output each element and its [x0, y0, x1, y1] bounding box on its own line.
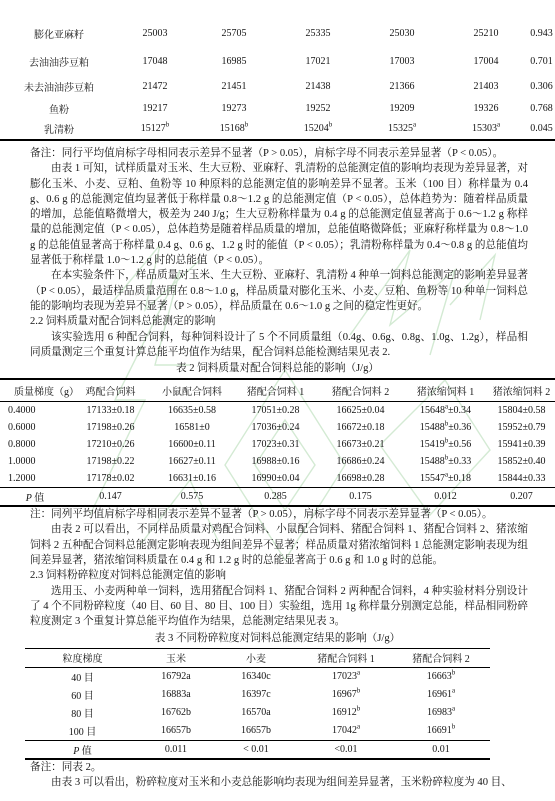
value-cell: 19217 [118, 99, 192, 118]
paragraph-table3-discussion: 由表 3 可以看出，粉碎粒度对玉米和小麦总能影响均表现为组间差异显著，玉米粉碎粒… [30, 775, 528, 790]
paragraph-table2-discussion: 由表 2 可以看出，不同样品质量对鸡配合饲料、小鼠配合饲料、猪配合饲料 1、猪配… [30, 522, 528, 568]
value-cell: 21438 [276, 74, 360, 99]
table-header-row: 质量梯度（g）鸡配合饲料小鼠配合饲料猪配合饲料 1猪配合饲料 2猪浓缩饲料 1猪… [0, 379, 555, 402]
value-cell: 15325a [360, 118, 444, 140]
value-cell: 15204b [276, 118, 360, 140]
value-cell: 0.285 [233, 488, 318, 507]
p-value-row: P 值0.1470.5750.2850.1750.0120.207 [0, 488, 555, 507]
value-cell: 猪浓缩饲料 2 [488, 379, 555, 402]
value-cell: 16762b [140, 704, 212, 722]
value-cell: 0.01 [392, 740, 490, 759]
table2-note: 注：同列平均值肩标字母相同表示差异不显著（P > 0.05），肩标字母不同表示差… [30, 507, 528, 522]
row-label-cell: 粒度梯度 [25, 648, 140, 667]
value-cell: 猪配合饲料 2 [392, 648, 490, 667]
paragraph-section-2-3: 选用玉、小麦两种单一饲料，选用猪配合饲料 1、猪配合饲料 2 两种配合饲料，4 … [30, 584, 528, 630]
table-row: 0.800017210±0.2616600±0.1117023±0.311667… [0, 436, 555, 453]
value-cell: 0.207 [488, 488, 555, 507]
table-1-ingredients-partial: 膨化亚麻籽25003257052533525030252100.943去油油莎豆… [0, 12, 555, 141]
value-cell: 15952±0.79 [488, 419, 555, 436]
value-cell: 小麦 [212, 648, 300, 667]
value-cell: 17210±0.26 [70, 436, 151, 453]
value-cell: 15168b [192, 118, 276, 140]
table-2-feed-quality: 质量梯度（g）鸡配合饲料小鼠配合饲料猪配合饲料 1猪配合饲料 2猪浓缩饲料 1猪… [0, 378, 555, 507]
value-cell: 16990±0.04 [233, 470, 318, 488]
value-cell: 15419b±0.56 [403, 436, 488, 453]
table-row: 80 目16762b16570a16912b16983a [25, 704, 490, 722]
value-cell: 17036±0.24 [233, 419, 318, 436]
row-label-cell: 80 目 [25, 704, 140, 722]
row-label-cell: 100 目 [25, 722, 140, 741]
paragraph-table1-discussion: 由表 1 可知，试样质量对玉米、生大豆粉、亚麻籽、乳清粉的总能测定值的影响均表现… [30, 161, 528, 268]
value-cell: <0.01 [300, 740, 392, 759]
value-cell: 16985 [192, 48, 276, 74]
value-cell: 16340c [212, 667, 300, 686]
table-row: 乳清粉15127b15168b15204b15325a15303a0.045 [0, 118, 555, 140]
table-row: 1.000017198±0.2216627±0.1116988±0.161668… [0, 453, 555, 470]
value-cell: 猪配合饲料 2 [318, 379, 403, 402]
value-cell: 25335 [276, 12, 360, 48]
value-cell: 17021 [276, 48, 360, 74]
row-label-cell: 鱼粉 [0, 99, 118, 118]
table-row: 1.200017178±0.0216631±0.1616990±0.041669… [0, 470, 555, 488]
value-cell: 16631±0.16 [151, 470, 233, 488]
value-cell: 19252 [276, 99, 360, 118]
value-cell: 15852±0.40 [488, 453, 555, 470]
table-3-grind-size: 粒度梯度玉米小麦猪配合饲料 1猪配合饲料 2 40 目16792a16340c1… [25, 648, 490, 760]
value-cell: 小鼠配合饲料 [151, 379, 233, 402]
value-cell: 25705 [192, 12, 276, 48]
value-cell: 0.011 [140, 740, 212, 759]
section-2-3-heading: 2.3 饲料粉碎粒度对饲料总能测定值的影响 [30, 568, 528, 583]
row-label-cell: 1.2000 [0, 470, 70, 488]
value-cell: 玉米 [140, 648, 212, 667]
value-cell: 21451 [192, 74, 276, 99]
value-cell: 0.768 [528, 99, 555, 118]
row-label-cell: 乳清粉 [0, 118, 118, 140]
value-cell: 16983a [392, 704, 490, 722]
value-cell: 16657b [140, 722, 212, 741]
value-cell: 16657b [212, 722, 300, 741]
value-cell: 21472 [118, 74, 192, 99]
row-label-cell: 1.0000 [0, 453, 70, 470]
value-cell: 16961a [392, 686, 490, 704]
value-cell: 17023a [300, 667, 392, 686]
value-cell: 17051±0.28 [233, 402, 318, 420]
value-cell: 16883a [140, 686, 212, 704]
value-cell: 16581±0 [151, 419, 233, 436]
row-label-cell: 膨化亚麻籽 [0, 12, 118, 48]
value-cell: 猪配合饲料 1 [233, 379, 318, 402]
document-page: 膨化亚麻籽25003257052533525030252100.943去油油莎豆… [0, 0, 555, 801]
value-cell: 15941±0.39 [488, 436, 555, 453]
value-cell: 0.575 [151, 488, 233, 507]
value-cell: 17198±0.22 [70, 453, 151, 470]
value-cell: 16686±0.24 [318, 453, 403, 470]
value-cell: 17003 [360, 48, 444, 74]
value-cell: 16967b [300, 686, 392, 704]
value-cell: 16625±0.04 [318, 402, 403, 420]
value-cell: 17133±0.18 [70, 402, 151, 420]
value-cell: 16663b [392, 667, 490, 686]
value-cell: 16792a [140, 667, 212, 686]
table-row: 未去油油莎豆粕21472214512143821366214030.306 [0, 74, 555, 99]
value-cell: 16635±0.58 [151, 402, 233, 420]
value-cell: 17198±0.26 [70, 419, 151, 436]
row-label-cell: 0.6000 [0, 419, 70, 436]
table-row: 60 目16883a16397c16967b16961a [25, 686, 490, 704]
row-label-cell: 质量梯度（g） [0, 379, 70, 402]
value-cell: 15303a [444, 118, 528, 140]
value-cell: 25003 [118, 12, 192, 48]
table-row: 膨化亚麻籽25003257052533525030252100.943 [0, 12, 555, 48]
value-cell: 17042a [300, 722, 392, 741]
table-header-row: 粒度梯度玉米小麦猪配合饲料 1猪配合饲料 2 [25, 648, 490, 667]
table-row: 0.600017198±0.2616581±017036±0.2416672±0… [0, 419, 555, 436]
value-cell: 19209 [360, 99, 444, 118]
table-row: 鱼粉19217192731925219209193260.768 [0, 99, 555, 118]
value-cell: 15844±0.33 [488, 470, 555, 488]
table-2-title: 表 2 饲料质量对配合饲料总能的影响（J/g） [0, 361, 555, 377]
value-cell: 猪浓缩饲料 1 [403, 379, 488, 402]
value-cell: 15488b±0.36 [403, 419, 488, 436]
value-cell: < 0.01 [212, 740, 300, 759]
value-cell: 16600±0.11 [151, 436, 233, 453]
table-row: 去油油莎豆粕17048169851702117003170040.701 [0, 48, 555, 74]
value-cell: 16698±0.28 [318, 470, 403, 488]
value-cell: 19273 [192, 99, 276, 118]
value-cell: 25210 [444, 12, 528, 48]
value-cell: 17178±0.02 [70, 470, 151, 488]
value-cell: 21403 [444, 74, 528, 99]
row-label-cell: 未去油油莎豆粕 [0, 74, 118, 99]
value-cell: 16570a [212, 704, 300, 722]
value-cell: 17004 [444, 48, 528, 74]
value-cell: 16691b [392, 722, 490, 741]
table-row: 40 目16792a16340c17023a16663b [25, 667, 490, 686]
value-cell: 鸡配合饲料 [70, 379, 151, 402]
value-cell: 15648a±0.34 [403, 402, 488, 420]
value-cell: 16627±0.11 [151, 453, 233, 470]
table1-note: 备注：同行平均值肩标字母相同表示差异不显著（P > 0.05），肩标字母不同表示… [30, 146, 528, 161]
value-cell: 16672±0.18 [318, 419, 403, 436]
value-cell: 0.175 [318, 488, 403, 507]
value-cell: 0.943 [528, 12, 555, 48]
value-cell: 21366 [360, 74, 444, 99]
row-label-cell: 60 目 [25, 686, 140, 704]
paragraph-table1-conclusion: 在本实验条件下，样品质量对玉米、生大豆粉、亚麻籽、乳清粉 4 种单一饲料总能测定… [30, 268, 528, 314]
table-row: 0.400017133±0.1816635±0.5817051±0.281662… [0, 402, 555, 420]
table-row: 100 目16657b16657b17042a16691b [25, 722, 490, 741]
value-cell: 16988±0.16 [233, 453, 318, 470]
row-label-cell: 40 目 [25, 667, 140, 686]
p-value-row: P 值0.011< 0.01<0.010.01 [25, 740, 490, 759]
value-cell: 15547a±0.18 [403, 470, 488, 488]
value-cell: 25030 [360, 12, 444, 48]
row-label-cell: P 值 [0, 488, 70, 507]
section-2-2-heading: 2.2 饲料质量对配合饲料总能测定的影响 [30, 314, 528, 329]
paragraph-section-2-2: 该实验选用 6 种配合饲料，每种饲料设计了 5 个不同质量组（0.4g、0.6g… [30, 330, 528, 361]
value-cell: 16912b [300, 704, 392, 722]
value-cell: 17023±0.31 [233, 436, 318, 453]
row-label-cell: 去油油莎豆粕 [0, 48, 118, 74]
value-cell: 17048 [118, 48, 192, 74]
table3-note: 备注：同表 2。 [30, 760, 528, 775]
value-cell: 16397c [212, 686, 300, 704]
value-cell: 0.306 [528, 74, 555, 99]
table-3-title: 表 3 不同粉碎粒度对饲料总能测定结果的影响（J/g） [0, 631, 555, 647]
value-cell: 猪配合饲料 1 [300, 648, 392, 667]
value-cell: 15804±0.58 [488, 402, 555, 420]
value-cell: 0.012 [403, 488, 488, 507]
row-label-cell: 0.8000 [0, 436, 70, 453]
row-label-cell: 0.4000 [0, 402, 70, 420]
value-cell: 16673±0.21 [318, 436, 403, 453]
row-label-cell: P 值 [25, 740, 140, 759]
value-cell: 15127b [118, 118, 192, 140]
value-cell: 0.701 [528, 48, 555, 74]
value-cell: 19326 [444, 99, 528, 118]
value-cell: 15488b±0.33 [403, 453, 488, 470]
value-cell: 0.045 [528, 118, 555, 140]
value-cell: 0.147 [70, 488, 151, 507]
